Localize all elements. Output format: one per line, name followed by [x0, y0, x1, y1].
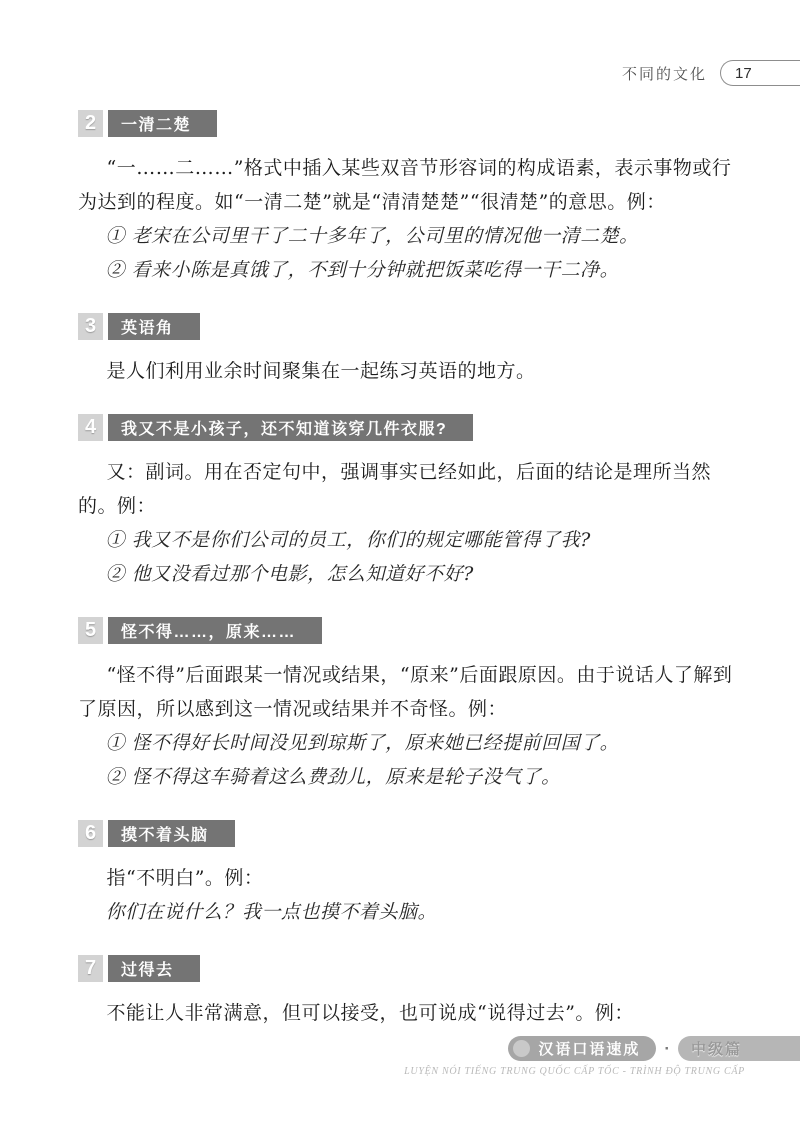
grammar-section: 5 怪不得……，原来…… “怪不得”后面跟某一情况或结果，“原来”后面跟原因。由…	[78, 617, 740, 794]
section-title: 一清二楚	[108, 110, 217, 137]
page-number-capsule: 17	[720, 60, 800, 86]
explanation-paragraph: 指“不明白”。例：	[78, 861, 740, 895]
section-body: 是人们利用业余时间聚集在一起练习英语的地方。	[78, 354, 740, 388]
circle-icon	[513, 1040, 530, 1057]
textbook-page: 不同的文化 17 2 一清二楚 “一……二……”格式中插入某些双音节形容词的构成…	[0, 0, 800, 1124]
page-footer: 汉语口语速成 · 中级篇 LUYỆN NÓI TIẾNG TRUNG QUỐC …	[380, 1036, 800, 1077]
example-sentence: ② 看来小陈是真饿了，不到十分钟就把饭菜吃得一干二净。	[78, 253, 740, 287]
section-body: 不能让人非常满意，但可以接受，也可说成“说得过去”。例：	[78, 996, 740, 1030]
series-pill: 汉语口语速成	[508, 1036, 656, 1061]
explanation-paragraph: “怪不得”后面跟某一情况或结果，“原来”后面跟原因。由于说话人了解到了原因，所以…	[78, 658, 740, 726]
example-sentence: ② 他又没看过那个电影，怎么知道好不好?	[78, 557, 740, 591]
section-number: 5	[78, 617, 103, 644]
example-sentence: ① 老宋在公司里干了二十多年了，公司里的情况他一清二楚。	[78, 219, 740, 253]
section-title: 怪不得……，原来……	[108, 617, 322, 644]
explanation-paragraph: “一……二……”格式中插入某些双音节形容词的构成语素，表示事物或行为达到的程度。…	[78, 151, 740, 219]
example-sentence: ① 我又不是你们公司的员工，你们的规定哪能管得了我?	[78, 523, 740, 557]
section-title: 我又不是小孩子，还不知道该穿几件衣服?	[108, 414, 473, 441]
example-sentence: ① 怪不得好长时间没见到琼斯了，原来她已经提前回国了。	[78, 726, 740, 760]
section-header: 6 摸不着头脑	[78, 820, 740, 847]
grammar-section: 6 摸不着头脑 指“不明白”。例：你们在说什么？我一点也摸不着头脑。	[78, 820, 740, 929]
section-header: 7 过得去	[78, 955, 740, 982]
grammar-section: 7 过得去 不能让人非常满意，但可以接受，也可说成“说得过去”。例：	[78, 955, 740, 1030]
section-number: 7	[78, 955, 103, 982]
content: 2 一清二楚 “一……二……”格式中插入某些双音节形容词的构成语素，表示事物或行…	[78, 110, 740, 1056]
section-header: 4 我又不是小孩子，还不知道该穿几件衣服?	[78, 414, 740, 441]
example-sentence: 你们在说什么？我一点也摸不着头脑。	[78, 895, 740, 929]
section-header: 2 一清二楚	[78, 110, 740, 137]
explanation-paragraph: 是人们利用业余时间聚集在一起练习英语的地方。	[78, 354, 740, 388]
section-number: 4	[78, 414, 103, 441]
page-number: 17	[735, 65, 752, 82]
section-header: 3 英语角	[78, 313, 740, 340]
series-banner: 汉语口语速成 · 中级篇	[380, 1036, 800, 1061]
example-sentence: ② 怪不得这车骑着这么费劲儿，原来是轮子没气了。	[78, 760, 740, 794]
section-body: “一……二……”格式中插入某些双音节形容词的构成语素，表示事物或行为达到的程度。…	[78, 151, 740, 287]
running-head: 不同的文化 17	[622, 60, 800, 86]
section-body: “怪不得”后面跟某一情况或结果，“原来”后面跟原因。由于说话人了解到了原因，所以…	[78, 658, 740, 794]
grammar-section: 3 英语角 是人们利用业余时间聚集在一起练习英语的地方。	[78, 313, 740, 388]
series-title: 汉语口语速成	[538, 1038, 640, 1059]
grammar-section: 4 我又不是小孩子，还不知道该穿几件衣服? 又：副词。用在否定句中，强调事实已经…	[78, 414, 740, 591]
section-body: 指“不明白”。例：你们在说什么？我一点也摸不着头脑。	[78, 861, 740, 929]
grammar-section: 2 一清二楚 “一……二……”格式中插入某些双音节形容词的构成语素，表示事物或行…	[78, 110, 740, 287]
section-title: 过得去	[108, 955, 200, 982]
dot-separator: ·	[664, 1039, 670, 1059]
section-number: 2	[78, 110, 103, 137]
section-header: 5 怪不得……，原来……	[78, 617, 740, 644]
volume-pill: 中级篇	[678, 1036, 800, 1061]
vietnamese-subtitle: LUYỆN NÓI TIẾNG TRUNG QUỐC CẤP TỐC - TRÌ…	[380, 1066, 800, 1077]
explanation-paragraph: 不能让人非常满意，但可以接受，也可说成“说得过去”。例：	[78, 996, 740, 1030]
section-title: 摸不着头脑	[108, 820, 235, 847]
section-number: 6	[78, 820, 103, 847]
section-number: 3	[78, 313, 103, 340]
section-body: 又：副词。用在否定句中，强调事实已经如此，后面的结论是理所当然的。例：① 我又不…	[78, 455, 740, 591]
section-title: 英语角	[108, 313, 200, 340]
volume-title: 中级篇	[691, 1038, 742, 1059]
explanation-paragraph: 又：副词。用在否定句中，强调事实已经如此，后面的结论是理所当然的。例：	[78, 455, 740, 523]
chapter-title: 不同的文化	[622, 63, 707, 84]
